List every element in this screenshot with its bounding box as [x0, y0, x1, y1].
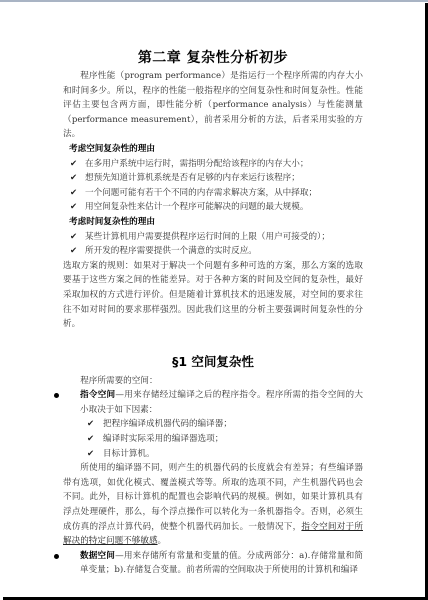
check-icon: ✔: [70, 171, 77, 186]
bullet-icon: [54, 393, 59, 398]
section-lead: 程序所需要的空间：: [63, 374, 363, 389]
instruction-space-term: 指令空间: [80, 390, 115, 400]
time-reasons-heading: 考虑时间复杂性的理由: [63, 215, 363, 230]
space-reasons-heading: 考虑空间复杂性的理由: [63, 142, 363, 157]
compiler-paragraph: 所使用的编译器不同，则产生的机器代码的长度就会有差异；有些编译器带有选项，如优化…: [63, 461, 363, 549]
instruction-space-item: 指令空间—用来存储经过编译之后的程序指令。程序所需的指令空间的大小取决于如下因素…: [63, 388, 363, 417]
page-top-border: [0, 0, 428, 2]
list-item: ✔一个问题可能有若干个不同的内存需求解决方案，从中择取；: [63, 186, 363, 201]
section-title: §1 空间复杂性: [63, 350, 363, 374]
list-item: ✔某些计算机用户需要提供程序运行时间的上限（用户可接受的）；: [63, 230, 363, 245]
list-item: ✔编译时实际采用的编译器选项；: [63, 432, 363, 447]
list-item: ✔所开发的程序需要提供一个满意的实时反应。: [63, 244, 363, 259]
list-item: ✔目标计算机。: [63, 447, 363, 462]
check-icon: ✔: [70, 186, 77, 201]
check-icon: ✔: [70, 157, 77, 172]
check-icon: ✔: [70, 230, 77, 245]
document-page: 第二章 复杂性分析初步 程序性能（program performance）是指运…: [63, 48, 363, 578]
check-icon: ✔: [87, 417, 94, 432]
check-icon: ✔: [87, 447, 94, 462]
check-icon: ✔: [70, 200, 77, 215]
list-item: ✔用空间复杂性来估计一个程序可能解决的问题的最大规模。: [63, 200, 363, 215]
bullet-icon: [54, 554, 59, 559]
data-space-term: 数据空间: [80, 551, 115, 561]
list-item: ✔想预先知道计算机系统是否有足够的内存来运行该程序；: [63, 171, 363, 186]
check-icon: ✔: [87, 432, 94, 447]
chapter-title: 第二章 复杂性分析初步: [63, 48, 363, 68]
intro-paragraph: 程序性能（program performance）是指运行一个程序所需的内存大小…: [63, 69, 363, 142]
data-space-item: 数据空间—用来存储所有常量和变量的值。分成两部分：a).存储常量和简单变量；b)…: [63, 549, 363, 578]
check-icon: ✔: [70, 244, 77, 259]
list-item: ✔在多用户系统中运行时，需指明分配给该程序的内存大小；: [63, 157, 363, 172]
selection-rule-paragraph: 选取方案的规则：如果对于解决一个问题有多种可选的方案，那么方案的选取要基于这些方…: [63, 259, 363, 332]
list-item: ✔把程序编译成机器代码的编译器；: [63, 417, 363, 432]
